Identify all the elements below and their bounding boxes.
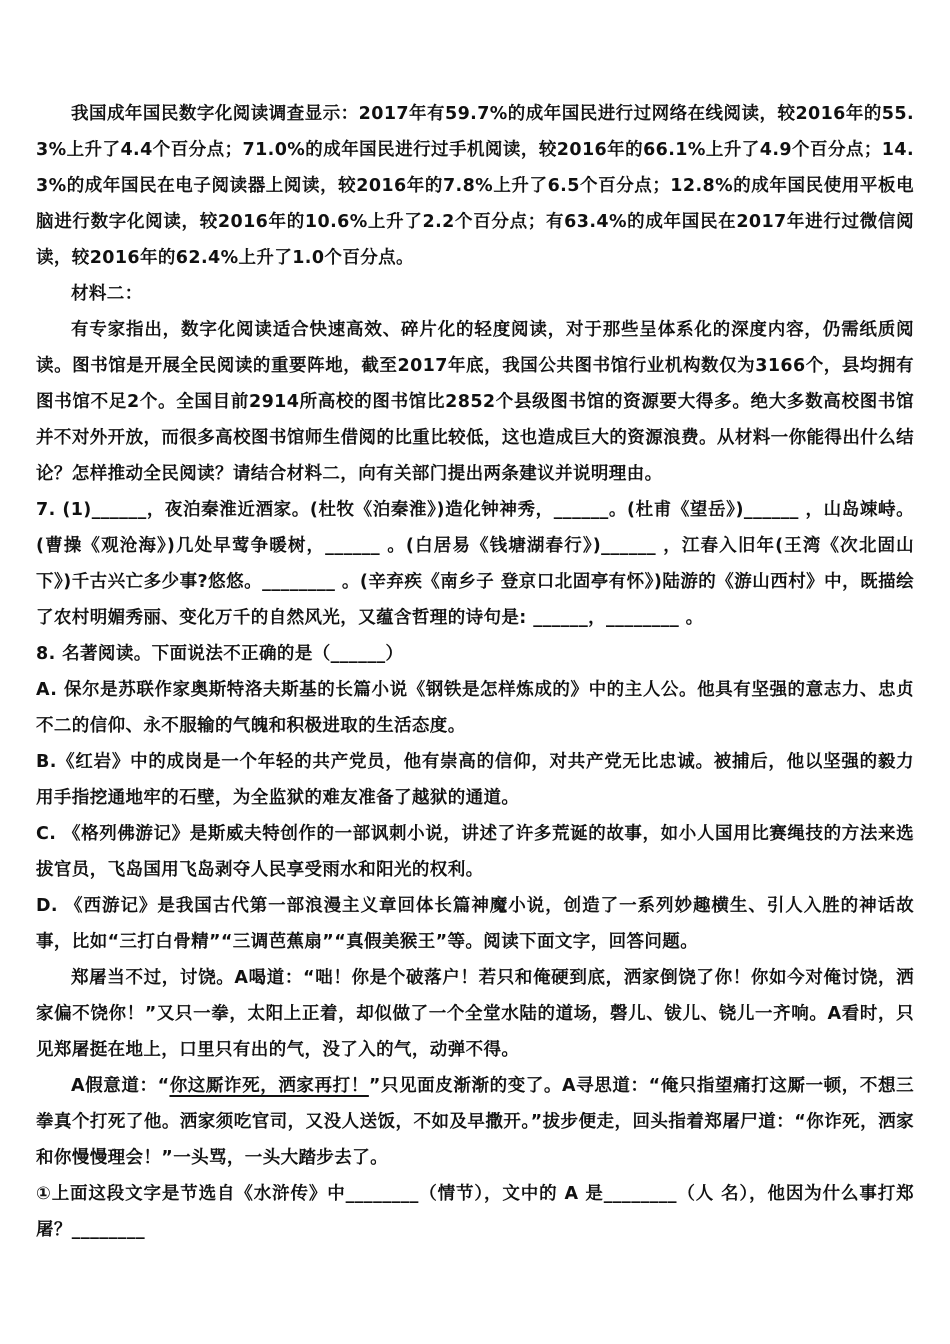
- text-run: A假意道：“: [71, 1076, 169, 1096]
- question-8-stem: 8. 名著阅读。下面说法不正确的是（______）: [36, 636, 914, 672]
- material-one-stats-paragraph: 我国成年国民数字化阅读调查显示：2017年有59.7%的成年国民进行过网络在线阅…: [36, 96, 914, 276]
- text-run: D. 《西游记》是我国古代第一部浪漫主义章回体长篇神魔小说，创造了一系列妙趣横生…: [36, 896, 914, 952]
- document-body: 我国成年国民数字化阅读调查显示：2017年有59.7%的成年国民进行过网络在线阅…: [36, 96, 914, 1248]
- question-8-option-b: B.《红岩》中的成岗是一个年轻的共产党员，他有崇高的信仰，对共产党无比忠诚。被捕…: [36, 744, 914, 816]
- question-8-option-d: D. 《西游记》是我国古代第一部浪漫主义章回体长篇神魔小说，创造了一系列妙趣横生…: [36, 888, 914, 960]
- text-run: 郑屠当不过，讨饶。A喝道：“咄！你是个破落户！若只和俺硬到底，洒家倒饶了你！你如…: [36, 968, 914, 1060]
- exam-document-page: 我国成年国民数字化阅读调查显示：2017年有59.7%的成年国民进行过网络在线阅…: [0, 0, 950, 1344]
- text-run: A. 保尔是苏联作家奥斯特洛夫斯基的长篇小说《钢铁是怎样炼成的》中的主人公。他具…: [36, 680, 914, 736]
- text-run: 材料二：: [71, 284, 143, 304]
- text-run: C. 《格列佛游记》是斯威夫特创作的一部讽刺小说，讲述了许多荒诞的故事，如小人国…: [36, 824, 914, 880]
- material-two-heading: 材料二：: [36, 276, 914, 312]
- text-run: 7. (1)______，夜泊秦淮近酒家。(杜牧《泊秦淮》)造化钟神秀，____…: [36, 500, 914, 628]
- text-run: ①上面这段文字是节选自《水浒传》中________（情节），文中的 A 是___…: [36, 1184, 914, 1240]
- text-run: 8. 名著阅读。下面说法不正确的是（______）: [36, 644, 403, 664]
- question-8-option-c: C. 《格列佛游记》是斯威夫特创作的一部讽刺小说，讲述了许多荒诞的故事，如小人国…: [36, 816, 914, 888]
- question-circle-1: ①上面这段文字是节选自《水浒传》中________（情节），文中的 A 是___…: [36, 1176, 914, 1248]
- text-run: B.《红岩》中的成岗是一个年轻的共产党员，他有崇高的信仰，对共产党无比忠诚。被捕…: [36, 752, 914, 808]
- text-run: 有专家指出，数字化阅读适合快速高效、碎片化的轻度阅读，对于那些呈体系化的深度内容…: [36, 320, 914, 484]
- shuihu-excerpt-paragraph-1: 郑屠当不过，讨饶。A喝道：“咄！你是个破落户！若只和俺硬到底，洒家倒饶了你！你如…: [36, 960, 914, 1068]
- underlined-quote: 你这厮诈死，洒家再打！: [169, 1076, 368, 1096]
- question-7-fill-in-blanks: 7. (1)______，夜泊秦淮近酒家。(杜牧《泊秦淮》)造化钟神秀，____…: [36, 492, 914, 636]
- text-run: 我国成年国民数字化阅读调查显示：2017年有59.7%的成年国民进行过网络在线阅…: [36, 104, 914, 268]
- material-two-body-paragraph: 有专家指出，数字化阅读适合快速高效、碎片化的轻度阅读，对于那些呈体系化的深度内容…: [36, 312, 914, 492]
- question-8-option-a: A. 保尔是苏联作家奥斯特洛夫斯基的长篇小说《钢铁是怎样炼成的》中的主人公。他具…: [36, 672, 914, 744]
- shuihu-excerpt-paragraph-2: A假意道：“你这厮诈死，洒家再打！”只见面皮渐渐的变了。A寻思道：“俺只指望痛打…: [36, 1068, 914, 1176]
